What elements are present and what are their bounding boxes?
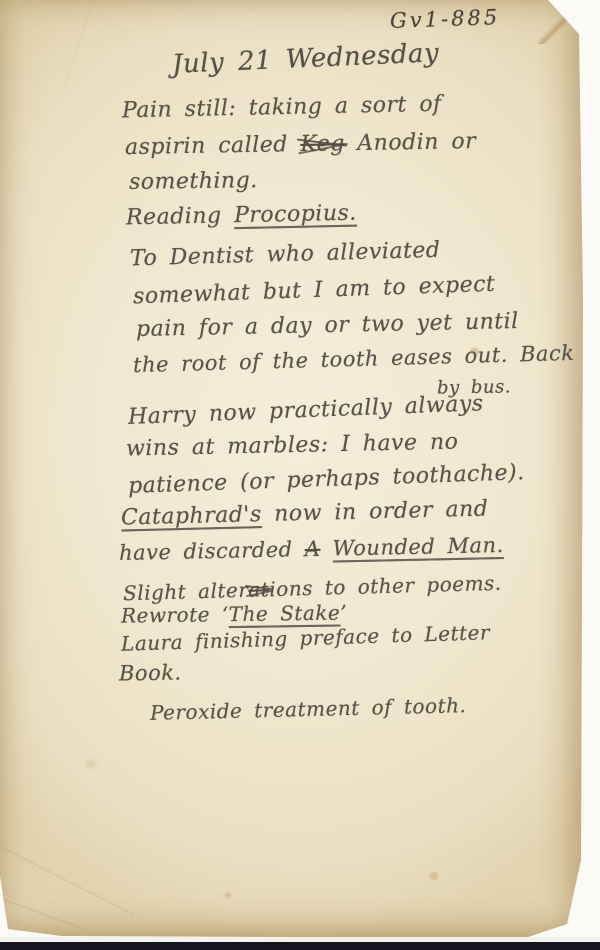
paper-crease	[0, 846, 134, 916]
diary-line: Reading Procopius.	[126, 201, 357, 231]
struck-out-text: A	[305, 537, 321, 561]
scan-edge-bar	[0, 942, 600, 950]
scanned-diary-page: Gv1-885 July 21 Wednesday Pain still: ta…	[0, 0, 600, 950]
text-segment: Book.	[119, 660, 182, 685]
paper-crease	[59, 0, 102, 98]
scribbled-out-word: at	[248, 577, 270, 602]
corner-fold-top-right	[538, 0, 588, 44]
text-segment: something.	[129, 168, 258, 195]
diary-line: Rewrote ‘The Stake’	[121, 600, 347, 627]
catalog-number-text: Gv1-885	[390, 5, 501, 33]
underlined-text: The Stake	[229, 601, 341, 627]
catalog-number: Gv1-885	[390, 5, 501, 33]
paper-crease	[0, 897, 82, 930]
text-segment: Reading	[126, 203, 235, 230]
text-segment: ’	[340, 600, 347, 624]
paper-stain	[86, 760, 96, 768]
paper-stain	[430, 872, 438, 880]
paper-stain	[225, 893, 231, 898]
text-segment: Rewrote ‘	[121, 602, 229, 628]
text-segment: have discarded	[119, 537, 305, 565]
underlined-text: Cataphrad's	[121, 502, 262, 530]
text-segment: ions	[269, 576, 313, 601]
scribbled-out-word: Keg	[300, 131, 345, 157]
diary-line: something.	[129, 168, 258, 195]
text-segment	[320, 537, 333, 561]
underlined-text: Wounded Man.	[332, 533, 504, 561]
underlined-text: Procopius.	[234, 201, 357, 229]
text-segment: Anodin or	[345, 129, 477, 156]
text-segment: aspirin called	[125, 132, 301, 160]
diary-line: Book.	[119, 660, 182, 685]
